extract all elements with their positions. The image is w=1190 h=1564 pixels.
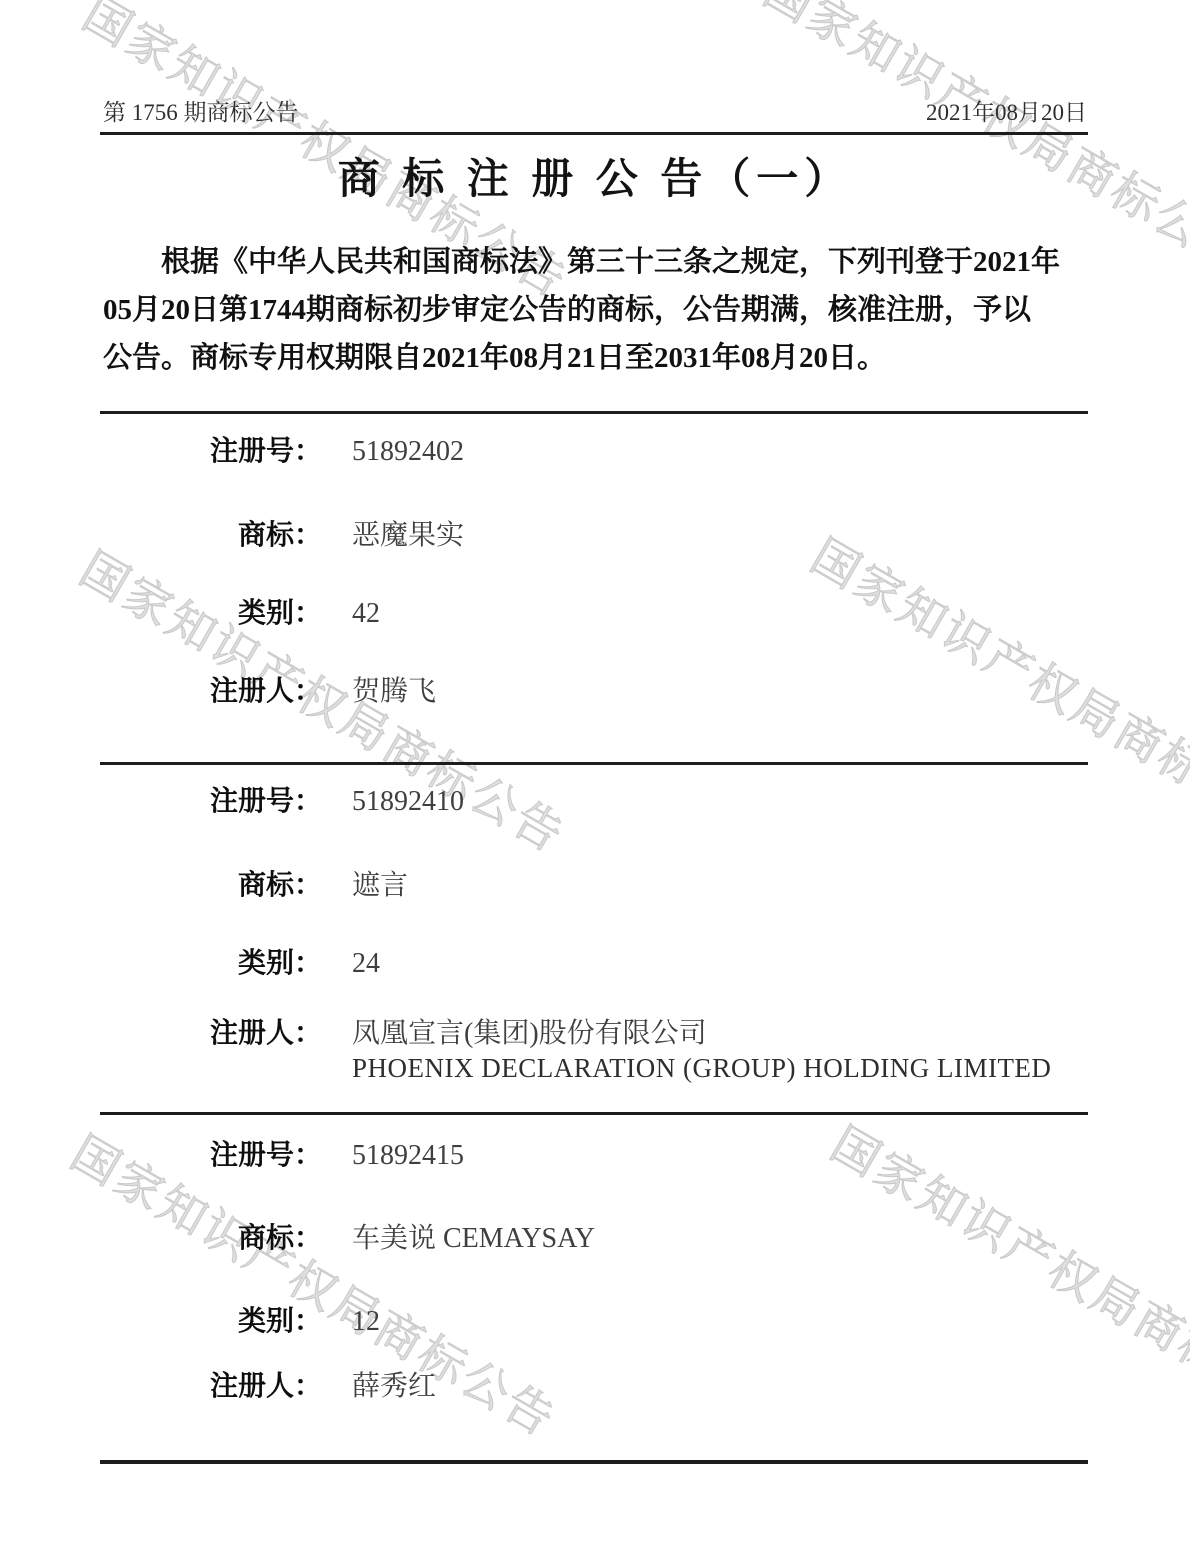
field-row-reg-no: 注册号：51892402	[103, 429, 1087, 469]
running-header: 第 1756 期商标公告 2021年08月20日	[103, 94, 1087, 127]
field-row-trademark: 商标：遮言	[103, 863, 1087, 903]
reg-no-label: 注册号：	[103, 429, 322, 469]
field-row-reg-no: 注册号：51892415	[103, 1133, 1087, 1173]
registrant-label: 注册人：	[103, 669, 322, 709]
registrant-label: 注册人：	[103, 1011, 322, 1051]
field-row-trademark: 商标：恶魔果实	[103, 513, 1087, 553]
field-row-category: 类别：24	[103, 941, 1087, 981]
document-content: 第 1756 期商标公告 2021年08月20日 商 标 注 册 公 告（一） …	[0, 0, 1190, 1564]
trademark-label: 商标：	[103, 513, 322, 553]
field-row-trademark: 商标：车美说 CEMAYSAY	[103, 1216, 1087, 1256]
intro-line: 根据《中华人民共和国商标法》第三十三条之规定，下列刊登于2021年	[103, 238, 1087, 286]
field-row-registrant: 注册人：凤凰宣言(集团)股份有限公司	[103, 1011, 1087, 1051]
reg-no-value: 51892415	[352, 1140, 464, 1171]
field-row-registrant: 注册人：薛秀红	[103, 1364, 1087, 1404]
registrant-value: 贺腾飞	[352, 676, 436, 707]
intro-line: 公告。商标专用权期限自2021年08月21日至2031年08月20日。	[103, 334, 1087, 382]
closing-divider	[100, 1460, 1088, 1464]
trademark-value: 遮言	[352, 870, 408, 901]
field-row-reg-no: 注册号：51892410	[103, 779, 1087, 819]
category-value: 42	[352, 598, 380, 629]
intro-paragraph: 根据《中华人民共和国商标法》第三十三条之规定，下列刊登于2021年 05月20日…	[103, 238, 1087, 382]
trademark-value: 车美说 CEMAYSAY	[352, 1223, 595, 1254]
header-date: 2021年08月20日	[926, 94, 1087, 127]
entry-divider	[100, 411, 1088, 414]
gazette-page: 国家知识产权局商标公告 国家知识产权局商标公告 国家知识产权局商标公告 国家知识…	[0, 0, 1190, 1564]
registrant-value: 薛秀红	[352, 1371, 436, 1402]
reg-no-value: 51892410	[352, 786, 464, 817]
page-title: 商 标 注 册 公 告（一）	[0, 146, 1190, 206]
reg-no-label: 注册号：	[103, 779, 322, 819]
category-value: 12	[352, 1306, 380, 1337]
category-value: 24	[352, 948, 380, 979]
reg-no-value: 51892402	[352, 436, 464, 467]
intro-line: 05月20日第1744期商标初步审定公告的商标，公告期满，核准注册，予以	[103, 286, 1087, 334]
registrant-label: 注册人：	[103, 1364, 322, 1404]
category-label: 类别：	[103, 941, 322, 981]
header-divider	[100, 132, 1088, 135]
field-row-category: 类别：42	[103, 591, 1087, 631]
entry-divider	[100, 762, 1088, 765]
trademark-value: 恶魔果实	[352, 520, 464, 551]
field-row-category: 类别：12	[103, 1299, 1087, 1339]
field-row-registrant-en: PHOENIX DECLARATION (GROUP) HOLDING LIMI…	[103, 1053, 1087, 1085]
category-label: 类别：	[103, 591, 322, 631]
trademark-label: 商标：	[103, 1216, 322, 1256]
registrant-en-value: PHOENIX DECLARATION (GROUP) HOLDING LIMI…	[352, 1053, 1051, 1083]
field-row-registrant: 注册人：贺腾飞	[103, 669, 1087, 709]
reg-no-label: 注册号：	[103, 1133, 322, 1173]
entry-divider	[100, 1112, 1088, 1115]
trademark-label: 商标：	[103, 863, 322, 903]
registrant-value: 凤凰宣言(集团)股份有限公司	[352, 1018, 707, 1049]
issue-number: 第 1756 期商标公告	[103, 94, 299, 127]
category-label: 类别：	[103, 1299, 322, 1339]
